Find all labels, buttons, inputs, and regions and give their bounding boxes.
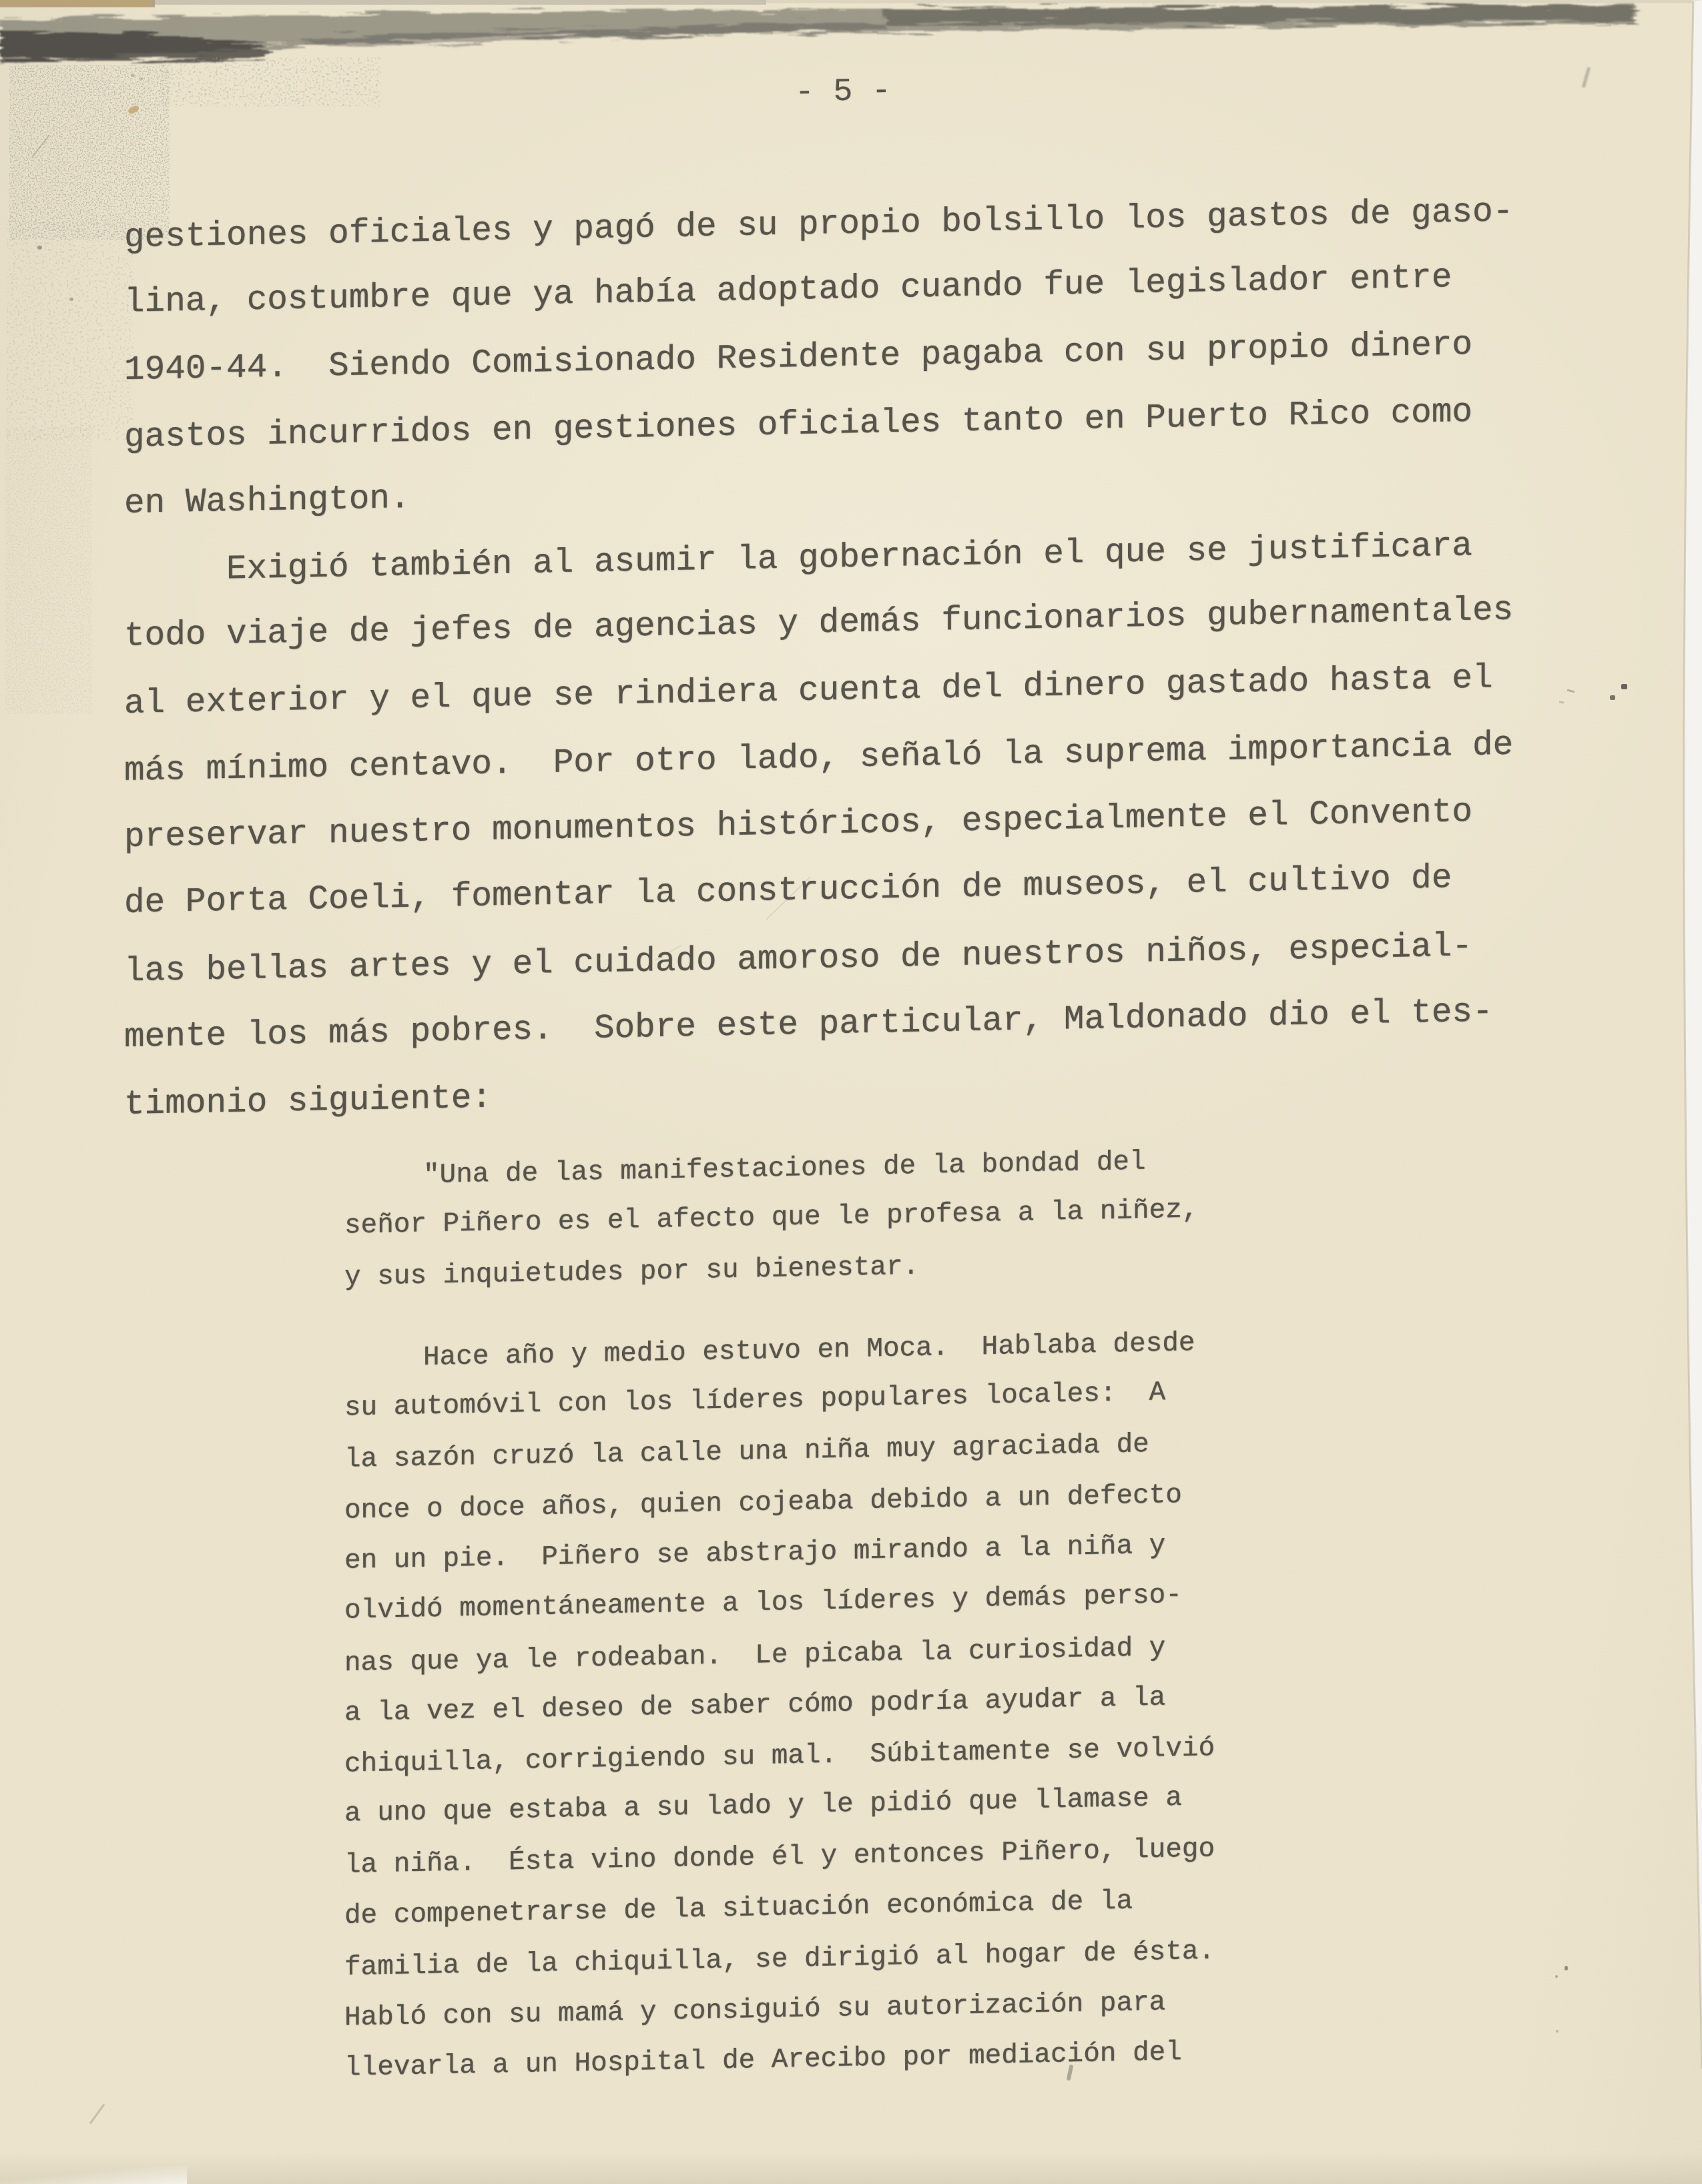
page-bottom-shadow (0, 2153, 1702, 2184)
paragraph: Hace año y medio estuvo en Moca. Hablaba… (344, 1315, 1292, 2094)
page-number: - 5 - (786, 75, 900, 112)
document-page: - 5 - gestiones oficiales y pagó de su p… (0, 0, 1702, 2184)
toner-band (0, 5, 1637, 65)
paragraph: gestiones oficiales y pagó de su propio … (124, 175, 1673, 538)
page-corner-highlight (0, 2166, 187, 2184)
scan-speck (37, 246, 42, 250)
page-top-edge-shadow (761, 0, 1693, 3)
typed-text-block: gestiones oficiales y pagó de su propio … (124, 175, 1673, 2098)
paper-nick (127, 105, 139, 115)
scan-tick-mark (1582, 67, 1591, 88)
scan-scratch (31, 135, 49, 157)
paragraph: Exigió también al asumir la gobernación … (124, 508, 1673, 1138)
testimony-quote: "Una de las manifestaciones de la bondad… (344, 1133, 1292, 2094)
paragraph: "Una de las manifestaciones de la bondad… (344, 1133, 1292, 1303)
scan-scratch (89, 2104, 105, 2125)
scan-speck (139, 77, 144, 80)
body-paragraphs: gestiones oficiales y pagó de su propio … (124, 175, 1673, 1138)
scan-speck (131, 74, 135, 77)
page-top-edge (0, 0, 155, 7)
scan-speck (69, 298, 73, 301)
page-top-edge-shadow (152, 0, 766, 5)
